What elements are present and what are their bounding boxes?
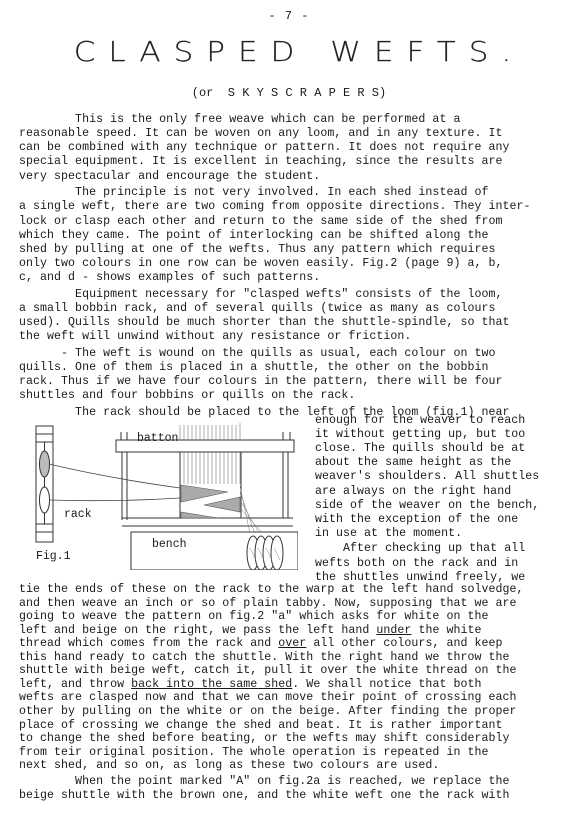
side-text-line: weaver's shoulders. All shuttles bbox=[315, 470, 539, 484]
text-line: lock or clasp each other and return to t… bbox=[19, 215, 503, 229]
text-line: rack. Thus if we have four colours in th… bbox=[19, 375, 503, 389]
text-line: Equipment necessary for "clasped wefts" … bbox=[19, 288, 503, 302]
text-line: reasonable speed. It can be woven on any… bbox=[19, 127, 503, 141]
text-line: to change the shed before beating, or th… bbox=[19, 732, 510, 746]
text-line: other by pulling on the white or on the … bbox=[19, 705, 517, 719]
text-line: wefts are clasped now and that we can mo… bbox=[19, 691, 517, 705]
text-line: a small bobbin rack, and of several quil… bbox=[19, 302, 496, 316]
text-line: beige shuttle with the brown one, and th… bbox=[19, 789, 510, 803]
figure-caption: Fig.1 bbox=[36, 550, 71, 563]
page-number: - 7 - bbox=[0, 9, 578, 23]
side-text-line: with the exception of the one bbox=[315, 513, 518, 527]
underlined-emphasis: back into the same shed bbox=[131, 678, 292, 691]
figure-label-batton: batton bbox=[137, 432, 178, 445]
text-line: only two colours in one row can be woven… bbox=[19, 257, 503, 271]
text-line: can be combined with any technique or pa… bbox=[19, 141, 510, 155]
text-line: shed by pulling at one of the wefts. Thu… bbox=[19, 243, 496, 257]
side-text-line: in use at the moment. bbox=[315, 527, 462, 541]
side-text-line: it without getting up, but too bbox=[315, 428, 525, 442]
text-line: left, and throw back into the same shed.… bbox=[19, 678, 482, 692]
text-line: the weft will unwind without any resista… bbox=[19, 330, 411, 344]
text-line: shuttles and four bobbins or quills on t… bbox=[19, 389, 355, 403]
text-line: thread which comes from the rack and ove… bbox=[19, 637, 503, 651]
text-line: from teir original position. The whole o… bbox=[19, 746, 489, 760]
side-text-line: wefts both on the rack and in bbox=[315, 557, 518, 571]
text-line: shuttle with beige weft, catch it, pull … bbox=[19, 664, 517, 678]
text-line: The principle is not very involved. In e… bbox=[19, 186, 489, 200]
side-text-line: close. The quills should be at bbox=[315, 442, 525, 456]
underlined-emphasis: under bbox=[376, 624, 411, 637]
figure-label-rack: rack bbox=[64, 508, 92, 521]
text-line: quills. One of them is placed in a shutt… bbox=[19, 361, 489, 375]
figure-label-bench: bench bbox=[152, 538, 187, 551]
underlined-emphasis: over bbox=[278, 637, 306, 650]
text-line: - The weft is wound on the quills as usu… bbox=[19, 347, 496, 361]
side-text-line: about the same height as the bbox=[315, 456, 511, 470]
text-line: place of crossing we change the shed and… bbox=[19, 719, 503, 733]
page-subtitle: (or S K Y S C R A P E R S) bbox=[0, 86, 578, 100]
text-line: used). Quills should be much shorter tha… bbox=[19, 316, 510, 330]
text-line: and then weave an inch or so of plain ta… bbox=[19, 597, 517, 611]
text-line: this hand ready to catch the shuttle. Wi… bbox=[19, 651, 510, 665]
text-line: When the point marked "A" on fig.2a is r… bbox=[19, 775, 510, 789]
text-line: going to weave the pattern on fig.2 "a" … bbox=[19, 610, 489, 624]
side-text-line: are always on the right hand bbox=[315, 485, 511, 499]
text-line: next shed, and so on, as long as these t… bbox=[19, 759, 439, 773]
side-text-line: enough for the weaver to reach bbox=[315, 414, 525, 428]
side-text-line: side of the weaver on the bench, bbox=[315, 499, 539, 513]
page-title: CLASPED WEFTS. bbox=[0, 36, 578, 68]
text-line: tie the ends of these on the rack to the… bbox=[19, 583, 524, 597]
text-line: This is the only free weave which can be… bbox=[19, 113, 460, 127]
text-line: a single weft, there are two coming from… bbox=[19, 200, 531, 214]
text-line: which they came. The point of interlocki… bbox=[19, 229, 489, 243]
side-text-line: After checking up that all bbox=[315, 542, 525, 556]
text-line: left and beige on the right, we pass the… bbox=[19, 624, 482, 638]
text-line: c, and d - shows examples of such patter… bbox=[19, 271, 320, 285]
text-line: special equipment. It is excellent in te… bbox=[19, 155, 503, 169]
text-line: very spectacular and encourage the stude… bbox=[19, 170, 320, 184]
